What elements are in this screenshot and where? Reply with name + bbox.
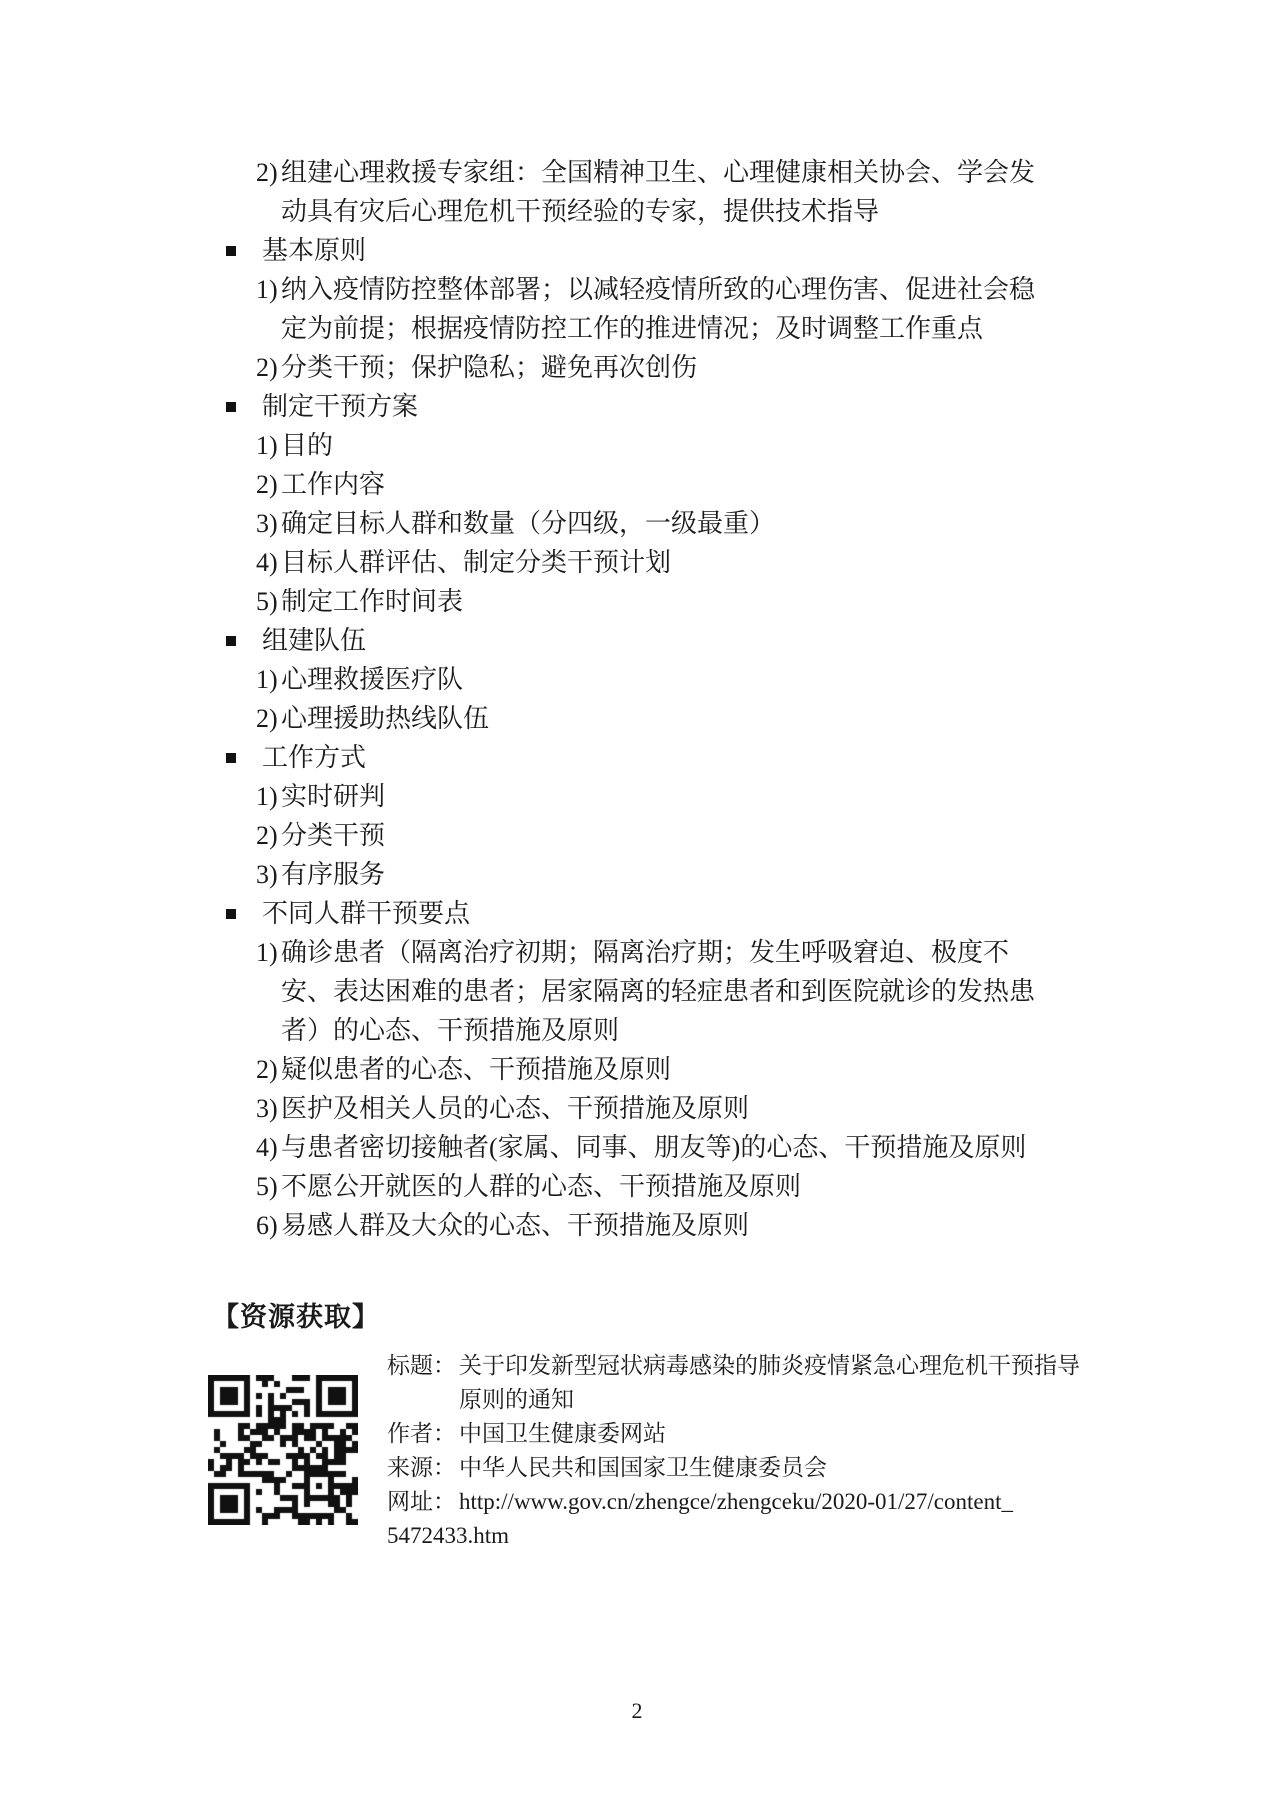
list-item-text: 分类干预 xyxy=(281,821,385,850)
list-item: 2) 工作内容 xyxy=(256,465,1046,504)
list-item: 4) 与患者密切接触者(家属、同事、朋友等)的心态、干预措施及原则 xyxy=(256,1128,1046,1167)
list-item-number: 1) xyxy=(256,933,278,972)
list-item-text: 分类干预；保护隐私；避免再次创伤 xyxy=(281,353,697,382)
section-title: 组建队伍 xyxy=(262,621,1046,660)
resource-field-author: 作者： 中国卫生健康委网站 xyxy=(387,1417,1087,1451)
list-item: 3) 医护及相关人员的心态、干预措施及原则 xyxy=(256,1089,1046,1128)
list-item-number: 2) xyxy=(256,699,278,738)
section-title: 制定干预方案 xyxy=(262,387,1046,426)
list-item-number: 2) xyxy=(256,816,278,855)
list-item-text: 纳入疫情防控整体部署；以减轻疫情所致的心理伤害、促进社会稳定为前提；根据疫情防控… xyxy=(281,275,1035,343)
list-item: 5) 制定工作时间表 xyxy=(256,582,1046,621)
list-item: 1) 实时研判 xyxy=(256,777,1046,816)
resource-field-source: 来源： 中华人民共和国国家卫生健康委员会 xyxy=(387,1451,1087,1485)
field-value-url-line2: 5472433.htm xyxy=(387,1519,1087,1553)
square-bullet-icon xyxy=(226,636,236,646)
list-item-text: 与患者密切接触者(家属、同事、朋友等)的心态、干预措施及原则 xyxy=(281,1133,1026,1162)
list-item-number: 4) xyxy=(256,1128,278,1167)
field-value: 中国卫生健康委网站 xyxy=(459,1421,666,1446)
list-item-text: 不愿公开就医的人群的心态、干预措施及原则 xyxy=(281,1172,801,1201)
section-title-text: 基本原则 xyxy=(262,236,366,265)
list-item-text: 疑似患者的心态、干预措施及原则 xyxy=(281,1055,671,1084)
list-item: 5) 不愿公开就医的人群的心态、干预措施及原则 xyxy=(256,1167,1046,1206)
document-page: 2) 组建心理救援专家组：全国精神卫生、心理健康相关协会、学会发动具有灾后心理危… xyxy=(0,0,1280,1810)
list-item: 6) 易感人群及大众的心态、干预措施及原则 xyxy=(256,1206,1046,1245)
list-item-number: 3) xyxy=(256,1089,278,1128)
square-bullet-icon xyxy=(226,753,236,763)
list-item-number: 3) xyxy=(256,855,278,894)
list-item-number: 5) xyxy=(256,1167,278,1206)
list-item-number: 5) xyxy=(256,582,278,621)
list-item-text: 实时研判 xyxy=(281,782,385,811)
section-title-text: 制定干预方案 xyxy=(262,392,418,421)
section-title: 不同人群干预要点 xyxy=(262,894,1046,933)
page-number: 2 xyxy=(0,1698,1274,1724)
list-item: 3) 有序服务 xyxy=(256,855,1046,894)
field-value: 关于印发新型冠状病毒感染的肺炎疫情紧急心理危机干预指导原则的通知 xyxy=(459,1353,1080,1412)
list-item: 3) 确定目标人群和数量（分四级，一级最重） xyxy=(256,504,1046,543)
list-item: 1) 心理救援医疗队 xyxy=(256,660,1046,699)
square-bullet-icon xyxy=(226,246,236,256)
field-label: 标题： xyxy=(387,1349,456,1383)
list-item-text: 确定目标人群和数量（分四级，一级最重） xyxy=(281,509,775,538)
resource-block: 标题： 关于印发新型冠状病毒感染的肺炎疫情紧急心理危机干预指导原则的通知 作者：… xyxy=(0,1349,1280,1553)
list-item: 1) 纳入疫情防控整体部署；以减轻疫情所致的心理伤害、促进社会稳定为前提；根据疫… xyxy=(256,270,1046,348)
list-item-number: 2) xyxy=(256,348,278,387)
list-item: 2) 疑似患者的心态、干预措施及原则 xyxy=(256,1050,1046,1089)
list-item-number: 4) xyxy=(256,543,278,582)
list-item: 2) 分类干预 xyxy=(256,816,1046,855)
field-value-url-line1: http://www.gov.cn/zhengce/zhengceku/2020… xyxy=(459,1489,1013,1514)
section-title-text: 不同人群干预要点 xyxy=(262,899,470,928)
list-item-text: 制定工作时间表 xyxy=(281,587,463,616)
list-item-number: 1) xyxy=(256,777,278,816)
field-label: 网址： xyxy=(387,1485,456,1519)
section-title: 基本原则 xyxy=(262,231,1046,270)
list-item-number: 2) xyxy=(256,153,278,192)
list-item: 1) 目的 xyxy=(256,426,1046,465)
list-item-text: 组建心理救援专家组：全国精神卫生、心理健康相关协会、学会发动具有灾后心理危机干预… xyxy=(281,158,1035,226)
list-item-text: 目的 xyxy=(281,431,333,460)
list-item-text: 心理救援医疗队 xyxy=(281,665,463,694)
list-item-number: 3) xyxy=(256,504,278,543)
list-item-number: 6) xyxy=(256,1206,278,1245)
list-item-text: 医护及相关人员的心态、干预措施及原则 xyxy=(281,1094,749,1123)
list-item-text: 易感人群及大众的心态、干预措施及原则 xyxy=(281,1211,749,1240)
square-bullet-icon xyxy=(226,402,236,412)
section-title-text: 组建队伍 xyxy=(262,626,366,655)
list-item-number: 1) xyxy=(256,270,278,309)
resource-field-url: 网址： http://www.gov.cn/zhengce/zhengceku/… xyxy=(387,1485,1087,1553)
list-item: 2) 组建心理救援专家组：全国精神卫生、心理健康相关协会、学会发动具有灾后心理危… xyxy=(256,153,1046,231)
square-bullet-icon xyxy=(226,909,236,919)
list-item-text: 目标人群评估、制定分类干预计划 xyxy=(281,548,671,577)
list-item-text: 心理援助热线队伍 xyxy=(281,704,489,733)
field-label: 作者： xyxy=(387,1417,456,1451)
list-item-text: 确诊患者（隔离治疗初期；隔离治疗期；发生呼吸窘迫、极度不安、表达困难的患者；居家… xyxy=(281,938,1035,1045)
section-title: 工作方式 xyxy=(262,738,1046,777)
list-item-text: 工作内容 xyxy=(281,470,385,499)
list-item-number: 2) xyxy=(256,1050,278,1089)
list-item: 1) 确诊患者（隔离治疗初期；隔离治疗期；发生呼吸窘迫、极度不安、表达困难的患者… xyxy=(256,933,1046,1050)
resource-fields: 标题： 关于印发新型冠状病毒感染的肺炎疫情紧急心理危机干预指导原则的通知 作者：… xyxy=(387,1349,1087,1553)
section-title-text: 工作方式 xyxy=(262,743,366,772)
list-item-text: 有序服务 xyxy=(281,860,385,889)
list-item: 4) 目标人群评估、制定分类干预计划 xyxy=(256,543,1046,582)
resource-section-heading: 【资源获取】 xyxy=(212,1298,1280,1337)
resource-field-title: 标题： 关于印发新型冠状病毒感染的肺炎疫情紧急心理危机干预指导原则的通知 xyxy=(387,1349,1087,1417)
list-item-number: 1) xyxy=(256,660,278,699)
list-item-number: 1) xyxy=(256,426,278,465)
list-item-number: 2) xyxy=(256,465,278,504)
list-item: 2) 心理援助热线队伍 xyxy=(256,699,1046,738)
field-label: 来源： xyxy=(387,1451,456,1485)
field-value: 中华人民共和国国家卫生健康委员会 xyxy=(459,1455,827,1480)
list-item: 2) 分类干预；保护隐私；避免再次创伤 xyxy=(256,348,1046,387)
outline-list: 2) 组建心理救援专家组：全国精神卫生、心理健康相关协会、学会发动具有灾后心理危… xyxy=(256,153,1046,1245)
qr-code xyxy=(208,1375,358,1525)
